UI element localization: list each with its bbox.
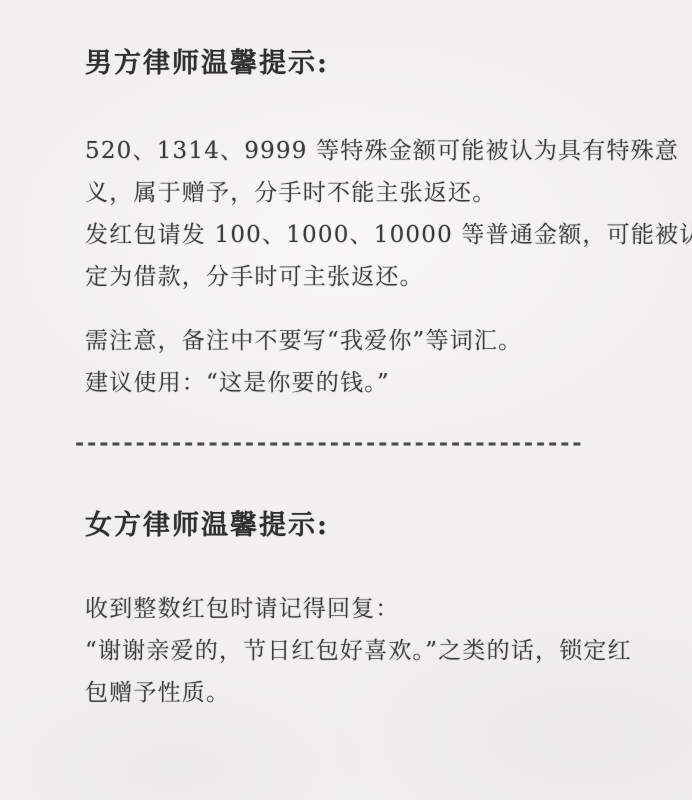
text-line: 包赠予性质。 <box>85 672 652 714</box>
text-line: 需注意，备注中不要写“我爱你”等词汇。 <box>85 320 652 362</box>
paragraph-normal-amounts: 发红包请发 100、1000、10000 等普通金额，可能被认 定为借款，分手时… <box>85 214 652 298</box>
male-section-heading: 男方律师温馨提示: <box>85 46 652 82</box>
paragraph-reply-advice: 收到整数红包时请记得回复： “谢谢亲爱的，节日红包好喜欢。”之类的话，锁定红 包… <box>85 588 652 714</box>
female-section-heading: 女方律师温馨提示: <box>85 508 652 544</box>
section-male-lawyer-tip: 男方律师温馨提示: 520、1314、9999 等特殊金额可能被认为具有特殊意 … <box>85 46 652 404</box>
document-content: 男方律师温馨提示: 520、1314、9999 等特殊金额可能被认为具有特殊意 … <box>0 0 692 714</box>
paragraph-special-amounts: 520、1314、9999 等特殊金额可能被认为具有特殊意 义，属于赠予，分手时… <box>85 130 652 214</box>
section-female-lawyer-tip: 女方律师温馨提示: 收到整数红包时请记得回复： “谢谢亲爱的，节日红包好喜欢。”… <box>85 508 652 714</box>
text-line: “谢谢亲爱的，节日红包好喜欢。”之类的话，锁定红 <box>85 630 652 672</box>
dashed-divider: ----------------------------------------… <box>75 432 585 454</box>
paragraph-remark-advice: 需注意，备注中不要写“我爱你”等词汇。 建议使用：“这是你要的钱。” <box>85 320 652 404</box>
text-line: 520、1314、9999 等特殊金额可能被认为具有特殊意 <box>85 130 652 172</box>
text-line: 建议使用：“这是你要的钱。” <box>85 362 652 404</box>
text-line: 定为借款，分手时可主张返还。 <box>85 256 652 298</box>
text-line: 义，属于赠予，分手时不能主张返还。 <box>85 172 652 214</box>
photographed-text-document: { "page": { "bg_color": "#f1f0ee", "text… <box>0 0 692 800</box>
text-line: 发红包请发 100、1000、10000 等普通金额，可能被认 <box>85 214 652 256</box>
text-line: 收到整数红包时请记得回复： <box>85 588 652 630</box>
